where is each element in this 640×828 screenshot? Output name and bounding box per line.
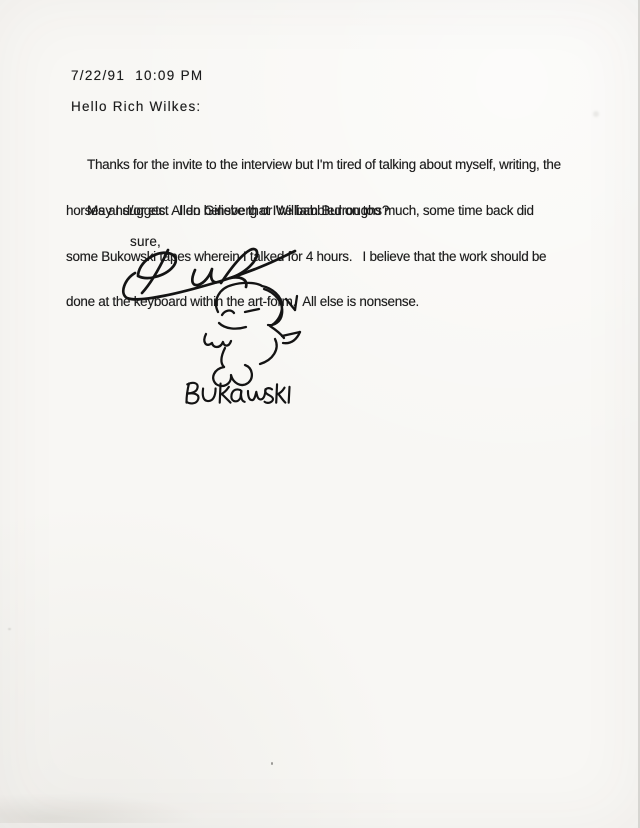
body-line-1: Thanks for the invite to the interview b…	[66, 157, 561, 172]
scan-speck	[593, 111, 599, 117]
letter-page: 7/22/91 10:09 PM Hello Rich Wilkes: Than…	[0, 0, 640, 828]
scan-smudge	[0, 793, 200, 823]
suggestion-line: May I suggest Allen Ginsberg or William …	[87, 203, 389, 218]
salutation: Hello Rich Wilkes:	[71, 99, 201, 114]
date-line: 7/22/91 10:09 PM	[71, 68, 203, 83]
scan-speck	[8, 628, 11, 630]
handwritten-name-drawing	[184, 381, 292, 406]
self-portrait-doodle	[198, 276, 306, 392]
scan-speck	[271, 762, 273, 765]
